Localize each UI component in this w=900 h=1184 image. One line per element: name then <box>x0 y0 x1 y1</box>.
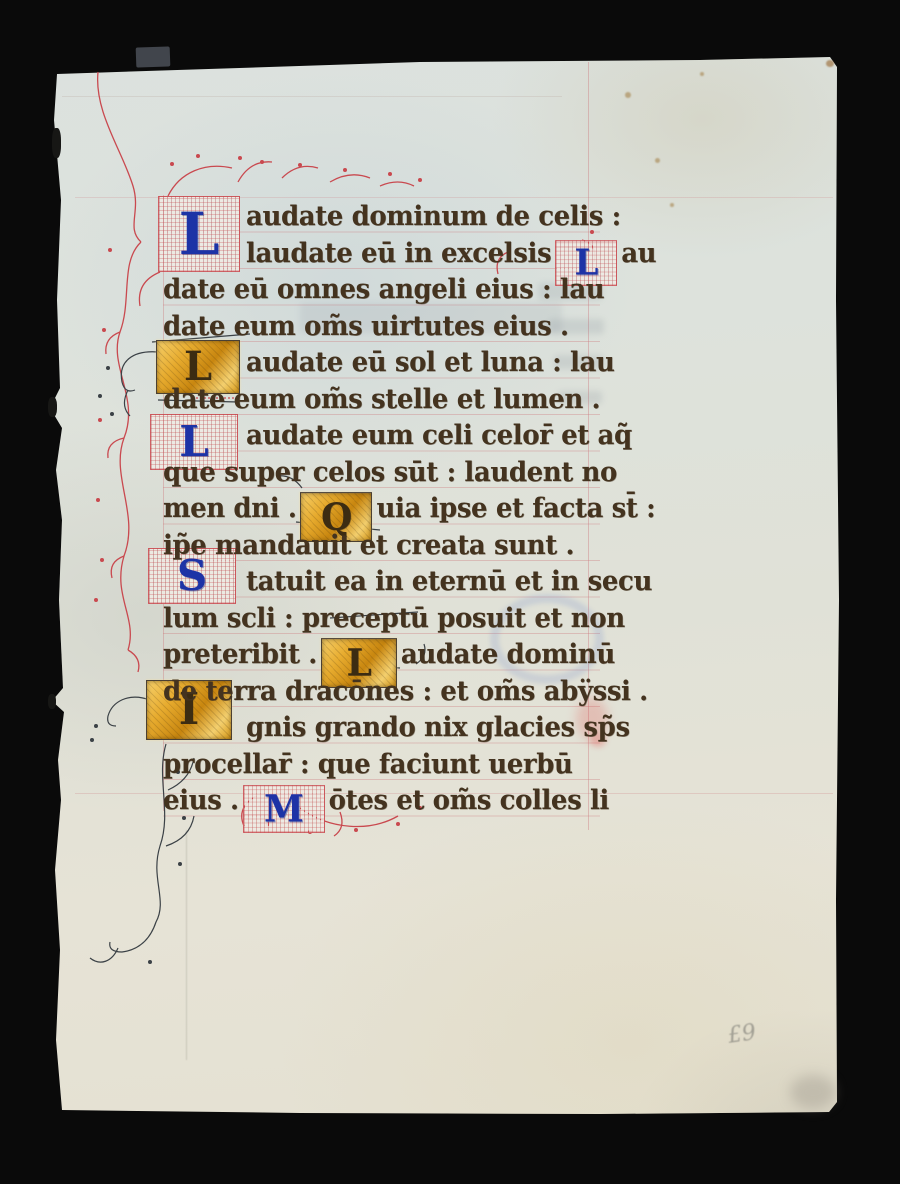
manuscript-line: date eum om̃s stelle et lumen . <box>163 381 600 419</box>
line-text: eius . <box>163 785 239 816</box>
line-text: audate dominum de celis : <box>246 201 621 232</box>
line-text: au <box>621 238 656 269</box>
manuscript-line: gnis grando nix glacies sp̃s <box>246 709 630 747</box>
manuscript-line: audate eum celi celor̄ et aq̃ <box>246 417 632 455</box>
manuscript-line: date eum om̃s uirtutes eius . <box>163 308 569 346</box>
manuscript-line: de terra dracōnes : et om̃s abÿssi . <box>163 673 648 711</box>
line-text: gnis grando nix glacies sp̃s <box>246 712 630 743</box>
line-text: men dni . <box>163 493 296 524</box>
pencil-inscription: £9 <box>726 1020 757 1049</box>
line-text: audate eum celi celor̄ et aq̃ <box>246 420 632 451</box>
line-text: laudate eū in excelsis <box>246 238 551 269</box>
line-text: audate dominū <box>401 639 615 670</box>
manuscript-line: lum scli : preceptū posuit et non <box>163 600 625 638</box>
line-text: lum scli : preceptū posuit et non <box>163 603 625 634</box>
line-text: que super celos sūt : laudent no <box>163 457 617 488</box>
manuscript-line: ip̃e mandauit et creata sunt . <box>163 527 574 565</box>
manuscript-line: audate dominum de celis : <box>246 198 621 236</box>
manuscript-line: date eū omnes angeli eius : lau <box>163 271 604 309</box>
line-text: ōtes et om̃s colles li <box>329 785 609 816</box>
line-text: audate eū sol et luna : lau <box>246 347 614 378</box>
illuminated-initial-L-large: L <box>158 196 240 272</box>
line-text: ip̃e mandauit et creata sunt . <box>163 530 574 561</box>
line-text: procellar̄ : que faciunt uerbū <box>163 749 573 780</box>
photograph-background: { "artifact": { "kind": "illuminated-man… <box>0 0 900 1184</box>
line-text: uia ipse et facta st̄ : <box>376 493 655 524</box>
manuscript-line: eius .Mōtes et om̃s colles li <box>163 782 609 833</box>
manuscript-line: procellar̄ : que faciunt uerbū <box>163 746 573 784</box>
line-text: date eum om̃s uirtutes eius . <box>163 311 569 342</box>
line-text: de terra dracōnes : et om̃s abÿssi . <box>163 676 648 707</box>
line-text: preteribit . <box>163 639 317 670</box>
illuminated-initial-M-blue: M <box>243 785 325 833</box>
manuscript-line: tatuit ea in eternū et in secu <box>246 563 652 601</box>
line-text: tatuit ea in eternū et in secu <box>246 566 652 597</box>
text-block: L L L S I audate dominum de celis : laud… <box>0 0 900 1184</box>
manuscript-line: que super celos sūt : laudent no <box>163 454 617 492</box>
line-text: date eum om̃s stelle et lumen . <box>163 384 600 415</box>
manuscript-line: audate eū sol et luna : lau <box>246 344 614 382</box>
line-text: date eū omnes angeli eius : lau <box>163 274 604 305</box>
